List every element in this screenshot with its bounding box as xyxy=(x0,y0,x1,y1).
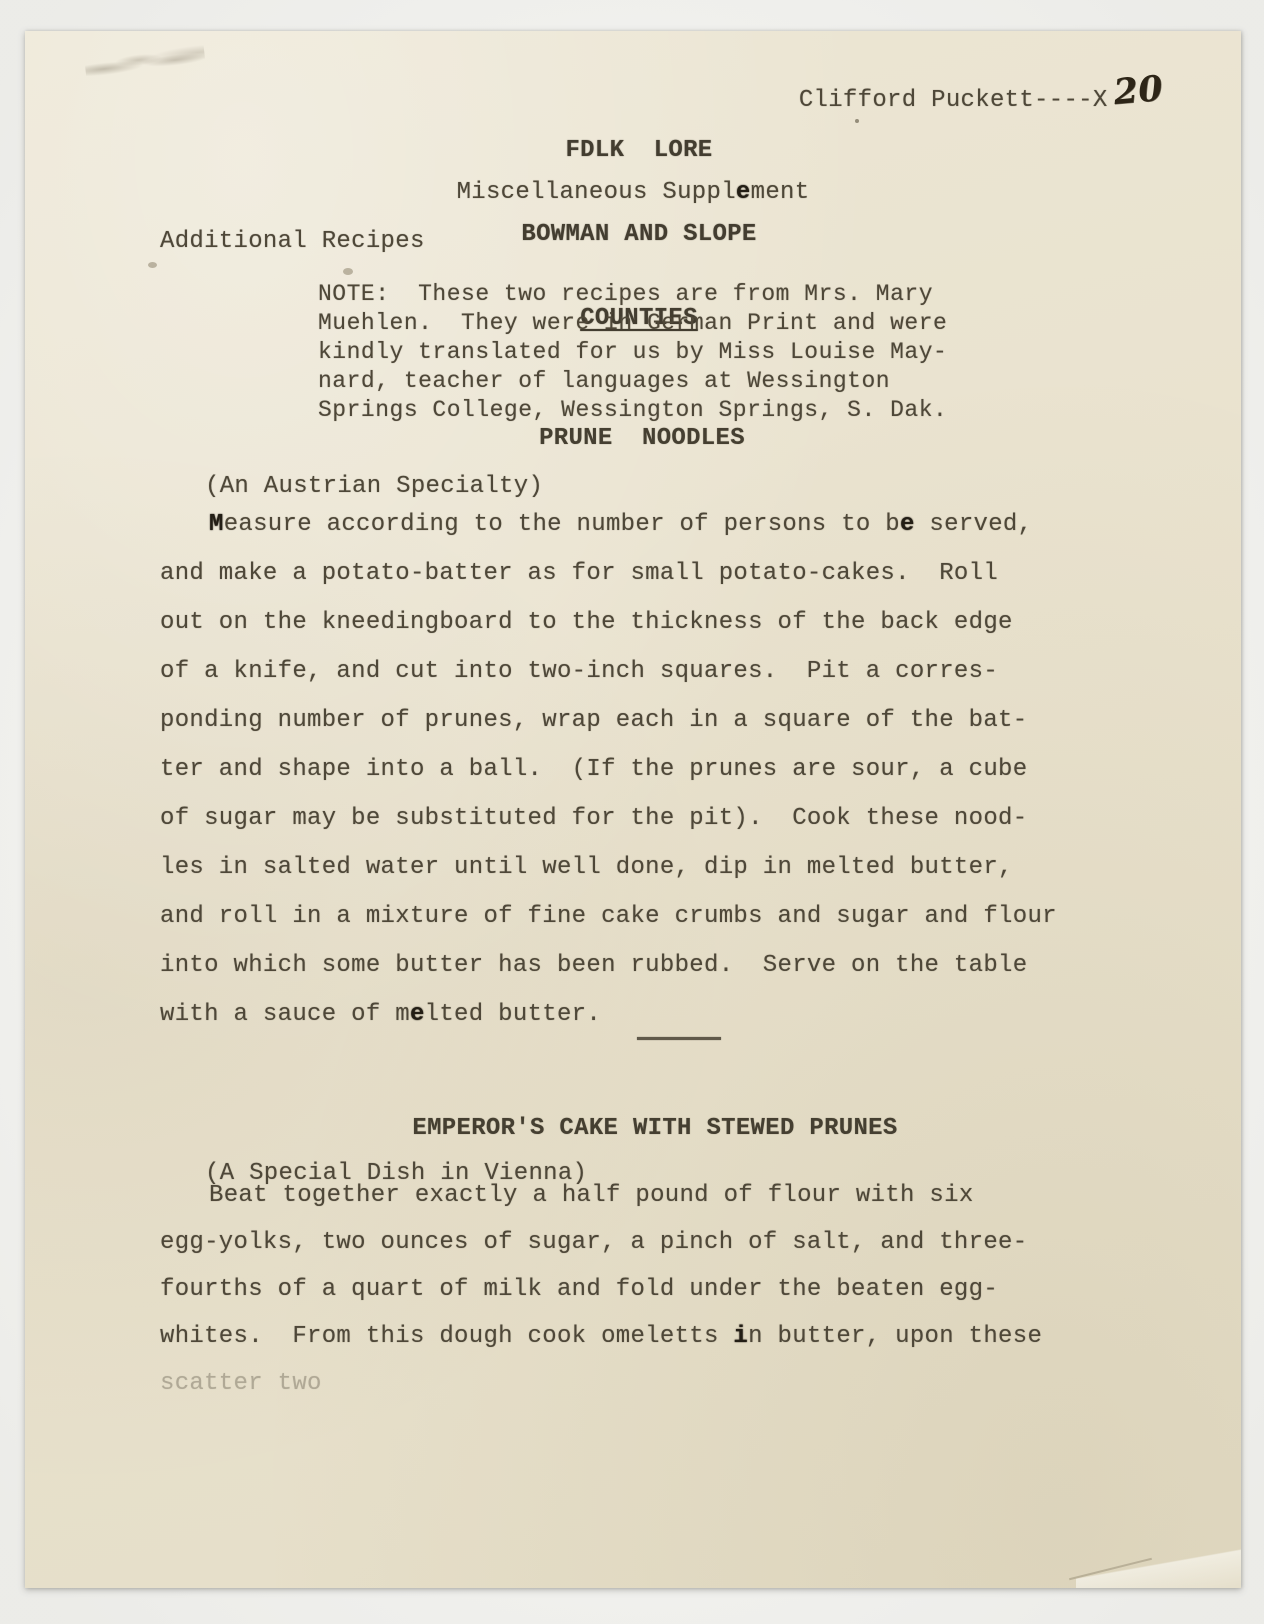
typed-line: of sugar may be substituted for the pit)… xyxy=(160,794,1120,843)
typed-line: Muehlen. They were in German Print and w… xyxy=(318,309,947,338)
typed-line: ter and shape into a ball. (If the prune… xyxy=(160,745,1120,794)
overstruck-character: e xyxy=(736,179,751,206)
typed-line: ponding number of prunes, wrap each in a… xyxy=(160,696,1120,745)
typed-line: egg-yolks, two ounces of sugar, a pinch … xyxy=(160,1219,1120,1266)
typed-line: fourths of a quart of milk and fold unde… xyxy=(160,1266,1120,1313)
typed-text: with a sauce of m xyxy=(160,1001,410,1028)
title-line-folk-lore: FDLK LORE xyxy=(31,137,1247,165)
typed-line: les in salted water until well done, dip… xyxy=(160,843,1120,892)
translator-note: NOTE: These two recipes are from Mrs. Ma… xyxy=(318,280,947,425)
document-page: Clifford Puckett----X20 FDLK LORE BOWMAN… xyxy=(25,31,1241,1588)
typed-line: with a sauce of melted butter. xyxy=(160,990,1120,1039)
typed-text: Miscellaneous Suppl xyxy=(457,179,736,206)
overstruck-character: e xyxy=(410,1001,425,1028)
typed-line: nard, teacher of languages at Wessington xyxy=(318,367,947,396)
typed-line: out on the kneedingboard to the thicknes… xyxy=(160,598,1120,647)
typed-line: Beat together exactly a half pound of fl… xyxy=(160,1172,1120,1219)
typed-text: n butter, upon these xyxy=(748,1323,1042,1350)
typed-line: kindly translated for us by Miss Louise … xyxy=(318,338,947,367)
paper-smudge xyxy=(84,43,206,81)
overstruck-character: i xyxy=(733,1323,748,1350)
recipe-body-prune-noodles: Measure according to the number of perso… xyxy=(160,500,1120,1039)
typed-line: Measure according to the number of perso… xyxy=(160,500,1120,549)
typed-text: ment xyxy=(751,179,810,206)
section-heading-additional-recipes: Additional Recipes xyxy=(160,228,425,255)
section-divider-rule xyxy=(637,1037,721,1040)
recipe-body-emperors-cake: Beat together exactly a half pound of fl… xyxy=(160,1172,1120,1407)
typed-text: whites. From this dough cook omeletts xyxy=(160,1323,733,1350)
typed-line: and make a potato-batter as for small po… xyxy=(160,549,1120,598)
recipe-title-emperors-cake: EMPEROR'S CAKE WITH STEWED PRUNES xyxy=(47,1115,1263,1142)
typed-line: into which some butter has been rubbed. … xyxy=(160,941,1120,990)
typed-text: easure according to the number of person… xyxy=(224,511,900,538)
paper-fold-corner xyxy=(1076,1546,1241,1588)
typed-text: served, xyxy=(915,511,1033,538)
typed-line: of a knife, and cut into two-inch square… xyxy=(160,647,1120,696)
typed-line: whites. From this dough cook omeletts in… xyxy=(160,1313,1120,1360)
typed-line: Springs College, Wessington Springs, S. … xyxy=(318,396,947,425)
typed-line: scatter two xyxy=(160,1360,1120,1407)
recipe-title-prune-noodles: PRUNE NOODLES xyxy=(34,425,1250,452)
overstruck-character: M xyxy=(209,511,224,538)
typed-text: lted butter. xyxy=(425,1001,601,1028)
typed-line: and roll in a mixture of fine cake crumb… xyxy=(160,892,1120,941)
overstruck-character: e xyxy=(900,511,915,538)
document-subtitle: Miscellaneous Supplement xyxy=(25,179,1241,206)
recipe-subtitle-austrian-specialty: (An Austrian Specialty) xyxy=(205,473,543,500)
typed-line: NOTE: These two recipes are from Mrs. Ma… xyxy=(318,280,947,309)
